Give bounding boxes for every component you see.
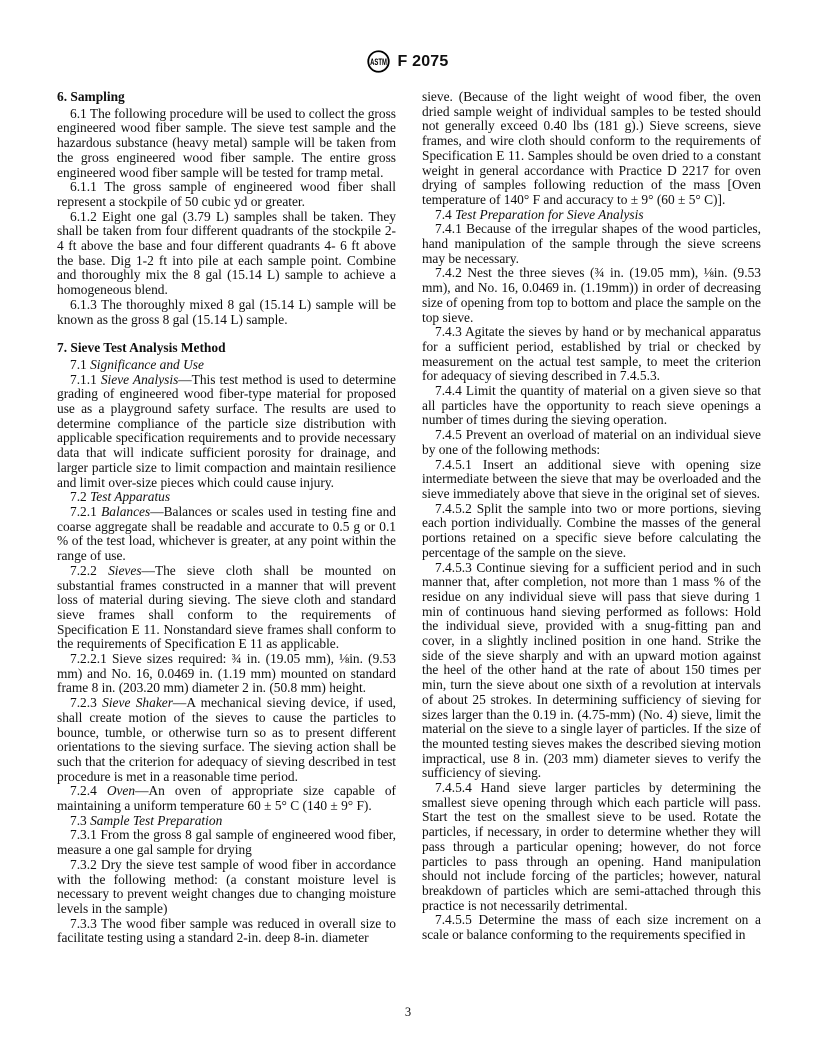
text-run: 7.4.2 Nest the three sieves (¾ in. (19.0…	[422, 265, 761, 324]
text-run: 7.4.5 Prevent an overload of material on…	[422, 427, 761, 457]
text-run: 7.2.2	[70, 563, 108, 578]
text-run: sieve. (Because of the light weight of w…	[422, 89, 761, 207]
text-run: 7.2.2.1 Sieve sizes required: ¾ in. (19.…	[57, 651, 396, 695]
defined-term-italic: Balances	[101, 504, 150, 519]
defined-term-italic: Test Apparatus	[90, 489, 170, 504]
paragraph: 7.3.3 The wood fiber sample was reduced …	[57, 917, 396, 946]
text-run: —This test method is used to determine g…	[57, 372, 396, 490]
text-run: 7.1	[70, 357, 90, 372]
paragraph: 7.4.5 Prevent an overload of material on…	[422, 428, 761, 457]
paragraph: sieve. (Because of the light weight of w…	[422, 90, 761, 208]
text-run: 6.1.1 The gross sample of engineered woo…	[57, 179, 396, 209]
right-column: sieve. (Because of the light weight of w…	[422, 90, 761, 946]
astm-logo-icon: ASTM	[367, 50, 390, 73]
text-run: 7.3.2 Dry the sieve test sample of wood …	[57, 857, 396, 916]
paragraph: 6.1 The following procedure will be used…	[57, 107, 396, 181]
text-run: 7.4.1 Because of the irregular shapes of…	[422, 221, 761, 265]
paragraph: 7.4.5.1 Insert an additional sieve with …	[422, 458, 761, 502]
text-run: 7.2.1	[70, 504, 101, 519]
two-column-body: 6. Sampling6.1 The following procedure w…	[57, 90, 761, 946]
text-run: 7.4.5.1 Insert an additional sieve with …	[422, 457, 761, 501]
paragraph: 7.2.3 Sieve Shaker—A mechanical sieving …	[57, 696, 396, 784]
text-run: 7.4.5.2 Split the sample into two or mor…	[422, 501, 761, 560]
section-heading: 6. Sampling	[57, 90, 396, 105]
text-run: 6.1.3 The thoroughly mixed 8 gal (15.14 …	[57, 297, 396, 327]
text-run: 7. Sieve Test Analysis Method	[57, 340, 226, 355]
paragraph: 7.4.5.5 Determine the mass of each size …	[422, 913, 761, 942]
paragraph: 7.2.4 Oven—An oven of appropriate size c…	[57, 784, 396, 813]
text-run: 7.4.4 Limit the quantity of material on …	[422, 383, 761, 427]
paragraph: 7.1 Significance and Use	[57, 358, 396, 373]
defined-term-italic: Significance and Use	[90, 357, 204, 372]
text-run: 7.1.1	[70, 372, 101, 387]
text-run: 7.4.5.5 Determine the mass of each size …	[422, 912, 761, 942]
paragraph: 7.4.5.3 Continue sieving for a sufficien…	[422, 561, 761, 782]
page-header: ASTM F 2075	[0, 50, 816, 73]
text-run: 7.4.5.3 Continue sieving for a sufficien…	[422, 560, 761, 781]
left-column: 6. Sampling6.1 The following procedure w…	[57, 90, 396, 946]
defined-term-italic: Sieve Shaker	[102, 695, 173, 710]
text-run: 6.1 The following procedure will be used…	[57, 106, 396, 180]
text-run: 7.3.3 The wood fiber sample was reduced …	[57, 916, 396, 946]
defined-term-italic: Sieve Analysis	[101, 372, 178, 387]
paragraph: 7.4.2 Nest the three sieves (¾ in. (19.0…	[422, 266, 761, 325]
defined-term-italic: Oven	[107, 783, 135, 798]
paragraph: 7.1.1 Sieve Analysis—This test method is…	[57, 373, 396, 491]
defined-term-italic: Test Preparation for Sieve Analysis	[455, 207, 643, 222]
defined-term-italic: Sieves	[108, 563, 141, 578]
text-run: 7.4.5.4 Hand sieve larger particles by d…	[422, 780, 761, 913]
paragraph: 6.1.2 Eight one gal (3.79 L) samples sha…	[57, 210, 396, 298]
svg-text:ASTM: ASTM	[371, 57, 388, 68]
paragraph: 6.1.3 The thoroughly mixed 8 gal (15.14 …	[57, 298, 396, 327]
paragraph: 7.2.2 Sieves—The sieve cloth shall be mo…	[57, 564, 396, 652]
paragraph: 7.2 Test Apparatus	[57, 490, 396, 505]
text-run: 7.2.4	[70, 783, 107, 798]
paragraph: 7.4 Test Preparation for Sieve Analysis	[422, 208, 761, 223]
text-run: 7.4	[435, 207, 455, 222]
text-run: 7.2.3	[70, 695, 102, 710]
standard-code: F 2075	[397, 53, 448, 71]
paragraph: 7.4.5.4 Hand sieve larger particles by d…	[422, 781, 761, 913]
paragraph: 7.4.4 Limit the quantity of material on …	[422, 384, 761, 428]
paragraph: 6.1.1 The gross sample of engineered woo…	[57, 180, 396, 209]
paragraph: 7.3.2 Dry the sieve test sample of wood …	[57, 858, 396, 917]
section-heading: 7. Sieve Test Analysis Method	[57, 341, 396, 356]
text-run: 7.4.3 Agitate the sieves by hand or by m…	[422, 324, 761, 383]
text-run: 6. Sampling	[57, 89, 125, 104]
paragraph: 7.4.3 Agitate the sieves by hand or by m…	[422, 325, 761, 384]
text-run: 7.2	[70, 489, 90, 504]
paragraph: 7.4.5.2 Split the sample into two or mor…	[422, 502, 761, 561]
page-number: 3	[0, 1005, 816, 1020]
paragraph: 7.2.2.1 Sieve sizes required: ¾ in. (19.…	[57, 652, 396, 696]
text-run: 6.1.2 Eight one gal (3.79 L) samples sha…	[57, 209, 396, 298]
paragraph: 7.3 Sample Test Preparation	[57, 814, 396, 829]
defined-term-italic: Sample Test Preparation	[90, 813, 222, 828]
paragraph: 7.4.1 Because of the irregular shapes of…	[422, 222, 761, 266]
paragraph: 7.2.1 Balances—Balances or scales used i…	[57, 505, 396, 564]
text-run: 7.3.1 From the gross 8 gal sample of eng…	[57, 827, 396, 857]
paragraph: 7.3.1 From the gross 8 gal sample of eng…	[57, 828, 396, 857]
text-run: 7.3	[70, 813, 90, 828]
document-page: ASTM F 2075 6. Sampling6.1 The following…	[0, 0, 816, 1056]
